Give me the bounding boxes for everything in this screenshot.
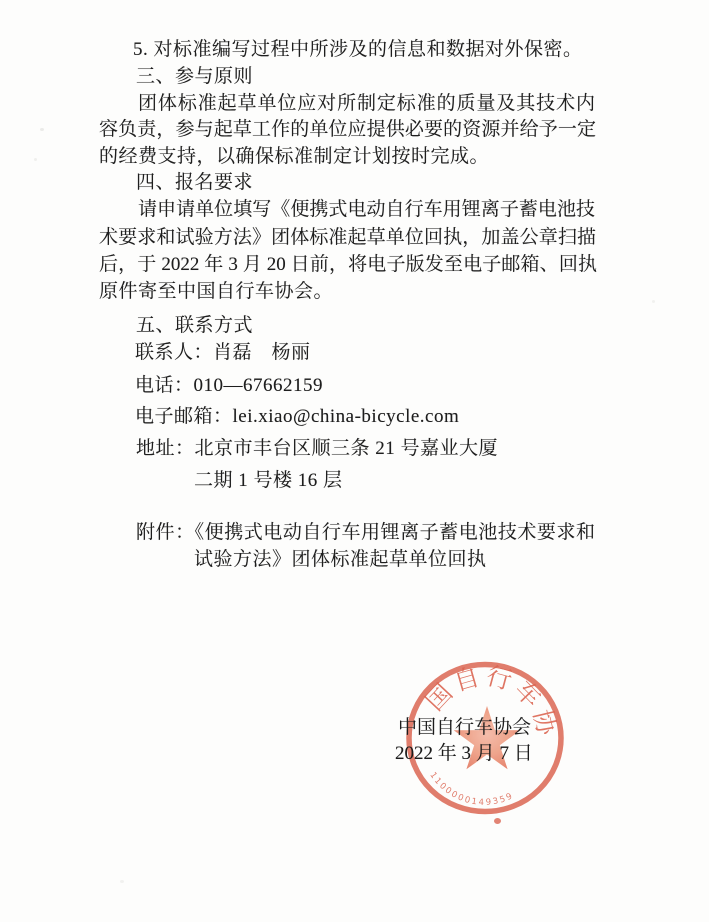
- doc-line: 四、报名要求: [136, 171, 253, 194]
- signature-org: 中国自行车协会: [398, 716, 531, 739]
- doc-line: 五、联系方式: [136, 314, 253, 337]
- scan-speck: [40, 128, 44, 131]
- doc-line: 地址：北京市丰台区顺三条 21 号嘉业大厦: [136, 437, 498, 460]
- doc-line: 附件：《便携式电动自行车用锂离子蓄电池技术要求和: [136, 521, 595, 544]
- scan-speck: [652, 300, 655, 303]
- doc-line: 电话：010—67662159: [135, 374, 323, 397]
- doc-line: 三、参与原则: [136, 65, 253, 88]
- signature-date: 2022 年 3 月 7 日: [395, 742, 533, 765]
- doc-line: 术要求和试验方法》团体标准起草单位回执，加盖公章扫描: [99, 226, 596, 249]
- doc-line: 电子邮箱：lei.xiao@china-bicycle.com: [135, 405, 459, 428]
- doc-line: 后，于 2022 年 3 月 20 日前，将电子版发至电子邮箱、回执: [99, 253, 597, 276]
- doc-line: 试验方法》团体标准起草单位回执: [194, 548, 487, 571]
- seal-ink-dot: [494, 818, 501, 824]
- document-page: 5. 对标准编写过程中所涉及的信息和数据对外保密。 三、参与原则 团体标准起草单…: [0, 0, 709, 922]
- doc-line: 原件寄至中国自行车协会。: [99, 280, 333, 303]
- scan-speck: [34, 158, 37, 161]
- doc-line: 联系人：肖磊 杨丽: [135, 341, 311, 364]
- doc-line: 二期 1 号楼 16 层: [194, 469, 343, 492]
- doc-line: 团体标准起草单位应对所制定标准的质量及其技术内: [138, 92, 595, 115]
- doc-line: 容负责，参与起草工作的单位应提供必要的资源并给予一定: [99, 118, 596, 141]
- doc-line: 请申请单位填写《便携式电动自行车用锂离子蓄电池技: [138, 198, 595, 221]
- doc-line: 5. 对标准编写过程中所涉及的信息和数据对外保密。: [133, 38, 583, 61]
- scan-speck: [120, 880, 124, 883]
- doc-line: 的经费支持，以确保标准制定计划按时完成。: [99, 145, 489, 168]
